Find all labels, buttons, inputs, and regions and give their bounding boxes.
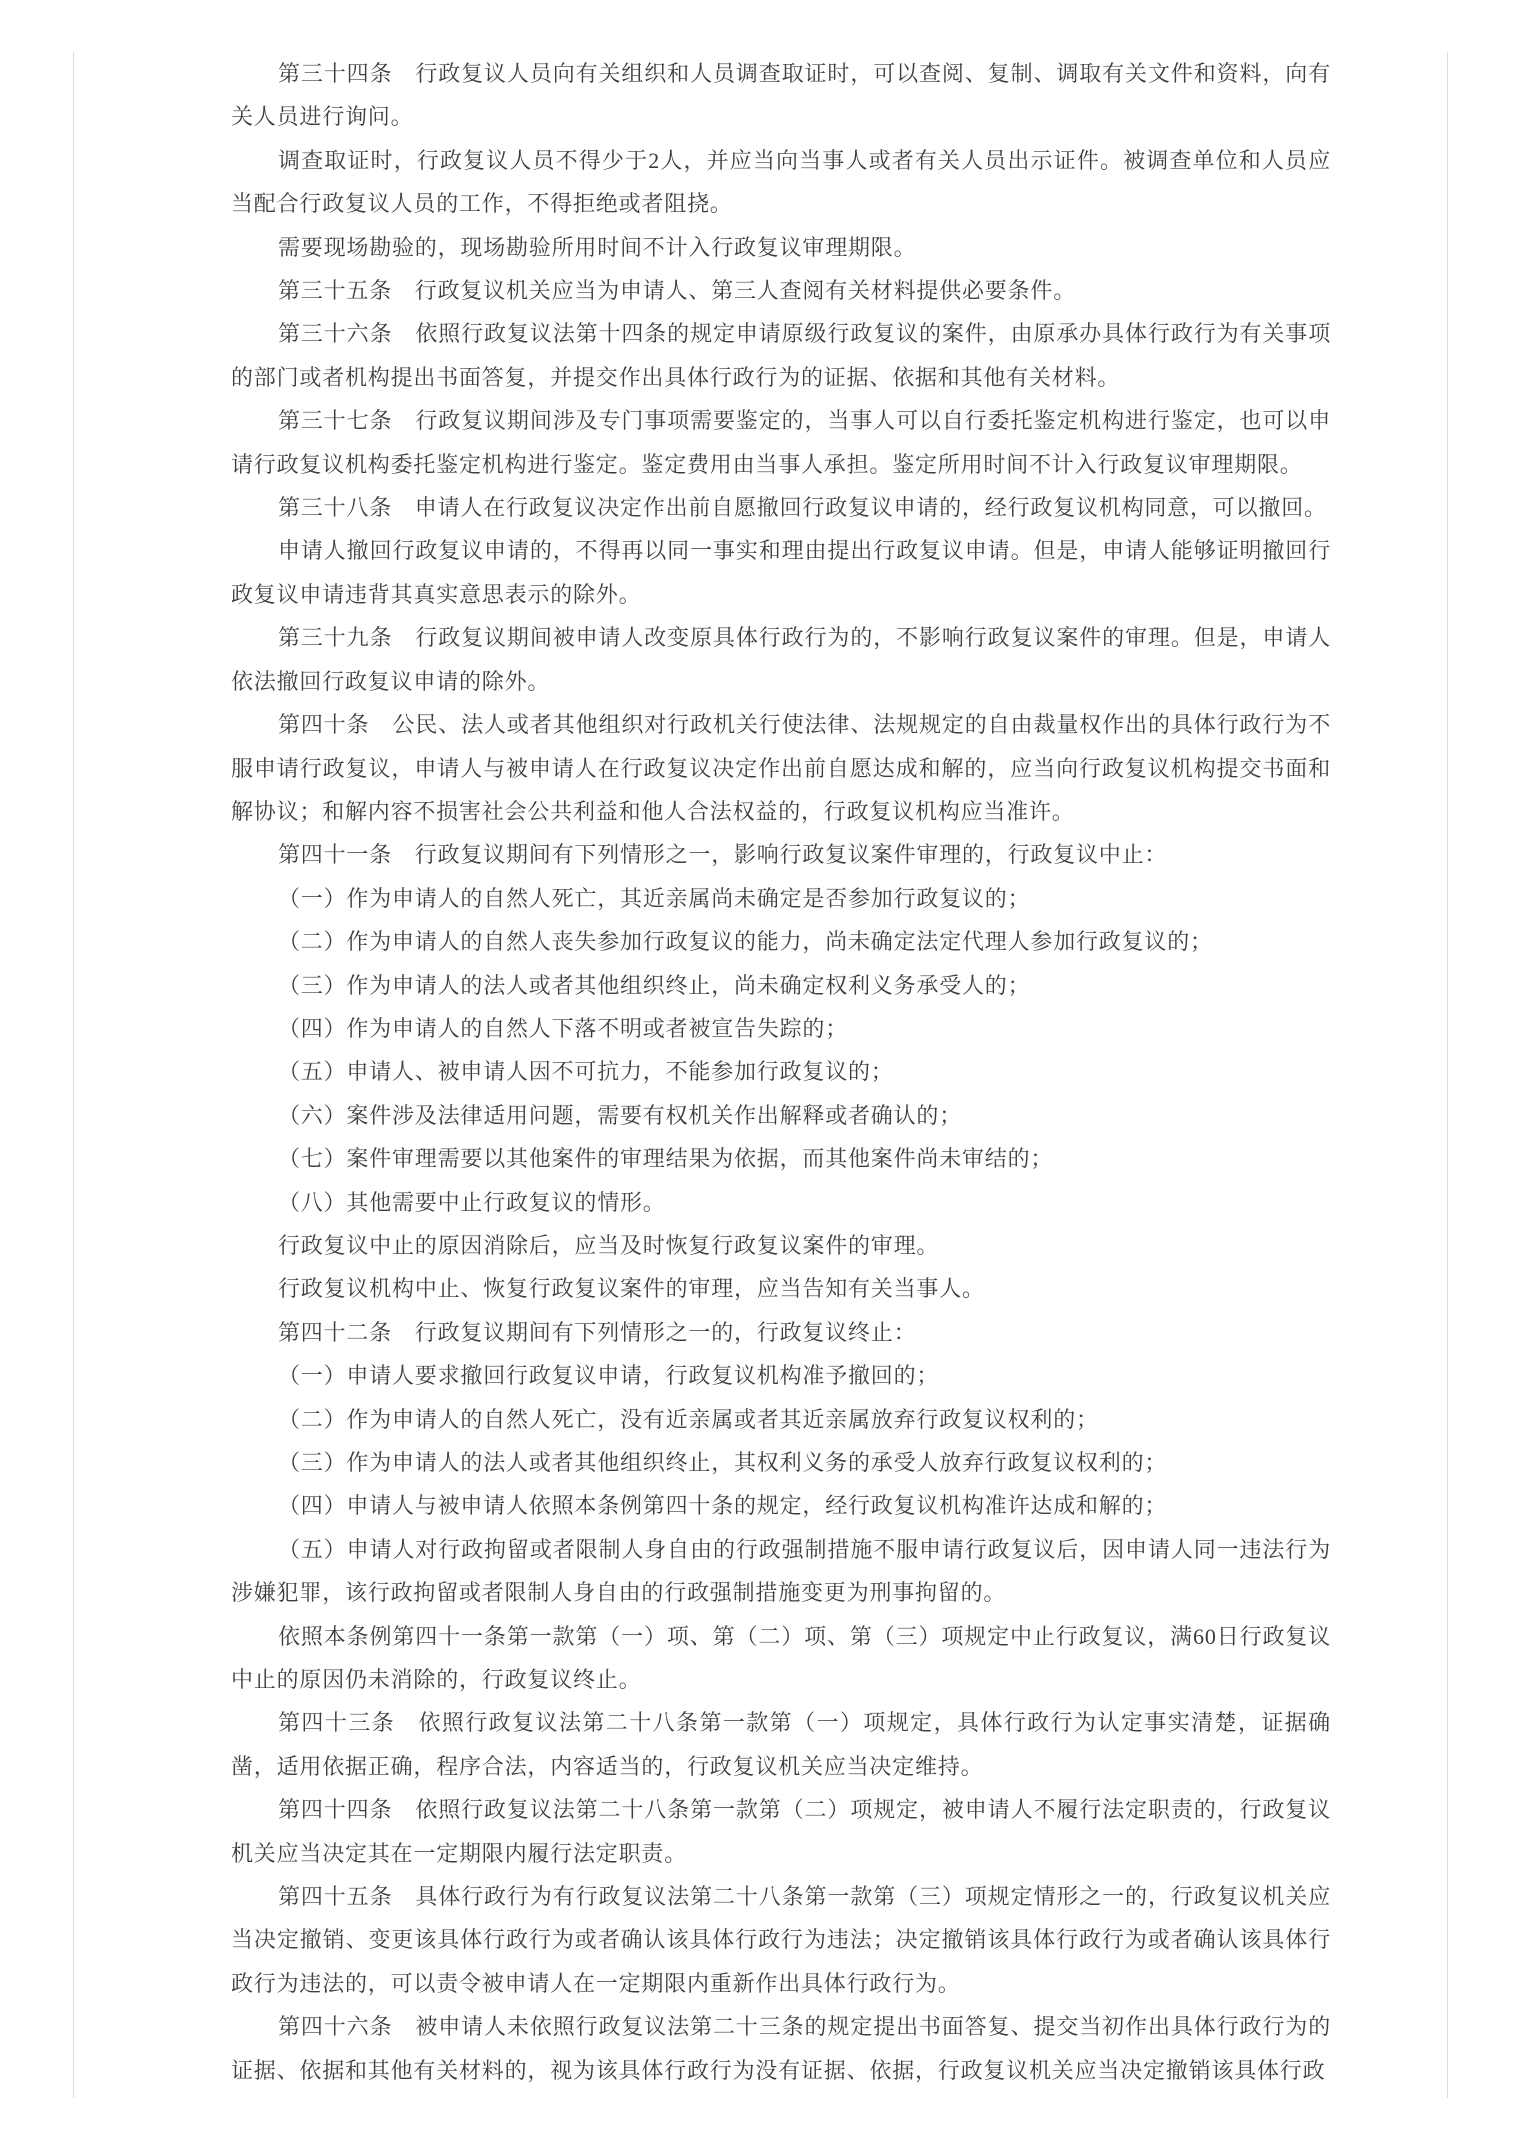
law-paragraph: （七）案件审理需要以其他案件的审理结果为依据，而其他案件尚未审结的； [231,1137,1331,1180]
law-paragraph: （八）其他需要中止行政复议的情形。 [231,1181,1331,1224]
law-paragraph: （二）作为申请人的自然人丧失参加行政复议的能力，尚未确定法定代理人参加行政复议的… [231,920,1331,963]
law-paragraph: 调查取证时，行政复议人员不得少于2人，并应当向当事人或者有关人员出示证件。被调查… [231,139,1331,226]
law-paragraph: 第三十五条 行政复议机关应当为申请人、第三人查阅有关材料提供必要条件。 [231,269,1331,312]
law-paragraph: （六）案件涉及法律适用问题，需要有权机关作出解释或者确认的； [231,1094,1331,1137]
law-paragraph: （三）作为申请人的法人或者其他组织终止，其权利义务的承受人放弃行政复议权利的； [231,1441,1331,1484]
law-paragraph: 需要现场勘验的，现场勘验所用时间不计入行政复议审理期限。 [231,226,1331,269]
law-paragraph: 依照本条例第四十一条第一款第（一）项、第（二）项、第（三）项规定中止行政复议，满… [231,1615,1331,1702]
law-paragraph: 申请人撤回行政复议申请的，不得再以同一事实和理由提出行政复议申请。但是，申请人能… [231,529,1331,616]
document-text-area: 第三十四条 行政复议人员向有关组织和人员调查取证时，可以查阅、复制、调取有关文件… [74,52,1447,2098]
law-paragraph: （一）作为申请人的自然人死亡，其近亲属尚未确定是否参加行政复议的； [231,877,1331,920]
law-paragraph: （五）申请人对行政拘留或者限制人身自由的行政强制措施不服申请行政复议后，因申请人… [231,1528,1331,1615]
law-paragraph: 第四十二条 行政复议期间有下列情形之一的，行政复议终止： [231,1311,1331,1354]
law-paragraph: 第三十六条 依照行政复议法第十四条的规定申请原级行政复议的案件，由原承办具体行政… [231,312,1331,399]
law-paragraph: （三）作为申请人的法人或者其他组织终止，尚未确定权利义务承受人的； [231,964,1331,1007]
law-paragraph: （四）作为申请人的自然人下落不明或者被宣告失踪的； [231,1007,1331,1050]
law-paragraph: （二）作为申请人的自然人死亡，没有近亲属或者其近亲属放弃行政复议权利的； [231,1398,1331,1441]
law-paragraph: 第四十四条 依照行政复议法第二十八条第一款第（二）项规定，被申请人不履行法定职责… [231,1788,1331,1875]
law-paragraph: 第四十一条 行政复议期间有下列情形之一，影响行政复议案件审理的，行政复议中止： [231,833,1331,876]
law-paragraph: 第三十八条 申请人在行政复议决定作出前自愿撤回行政复议申请的，经行政复议机构同意… [231,486,1331,529]
law-paragraph: （四）申请人与被申请人依照本条例第四十条的规定，经行政复议机构准许达成和解的； [231,1484,1331,1527]
document-page: 第三十四条 行政复议人员向有关组织和人员调查取证时，可以查阅、复制、调取有关文件… [73,52,1448,2098]
law-paragraph: （一）申请人要求撤回行政复议申请，行政复议机构准予撤回的； [231,1354,1331,1397]
law-paragraph: 第四十三条 依照行政复议法第二十八条第一款第（一）项规定，具体行政行为认定事实清… [231,1701,1331,1788]
law-paragraph: 第四十五条 具体行政行为有行政复议法第二十八条第一款第（三）项规定情形之一的，行… [231,1875,1331,2005]
law-paragraph: 第三十七条 行政复议期间涉及专门事项需要鉴定的，当事人可以自行委托鉴定机构进行鉴… [231,399,1331,486]
law-paragraph: 第三十四条 行政复议人员向有关组织和人员调查取证时，可以查阅、复制、调取有关文件… [231,52,1331,139]
law-paragraph: 第四十条 公民、法人或者其他组织对行政机关行使法律、法规规定的自由裁量权作出的具… [231,703,1331,833]
law-paragraph: 第三十九条 行政复议期间被申请人改变原具体行政行为的，不影响行政复议案件的审理。… [231,616,1331,703]
law-paragraph: 第四十六条 被申请人未依照行政复议法第二十三条的规定提出书面答复、提交当初作出具… [231,2005,1331,2092]
law-paragraph: （五）申请人、被申请人因不可抗力，不能参加行政复议的； [231,1050,1331,1093]
law-paragraph: 行政复议中止的原因消除后，应当及时恢复行政复议案件的审理。 [231,1224,1331,1267]
law-paragraph: 行政复议机构中止、恢复行政复议案件的审理，应当告知有关当事人。 [231,1267,1331,1310]
